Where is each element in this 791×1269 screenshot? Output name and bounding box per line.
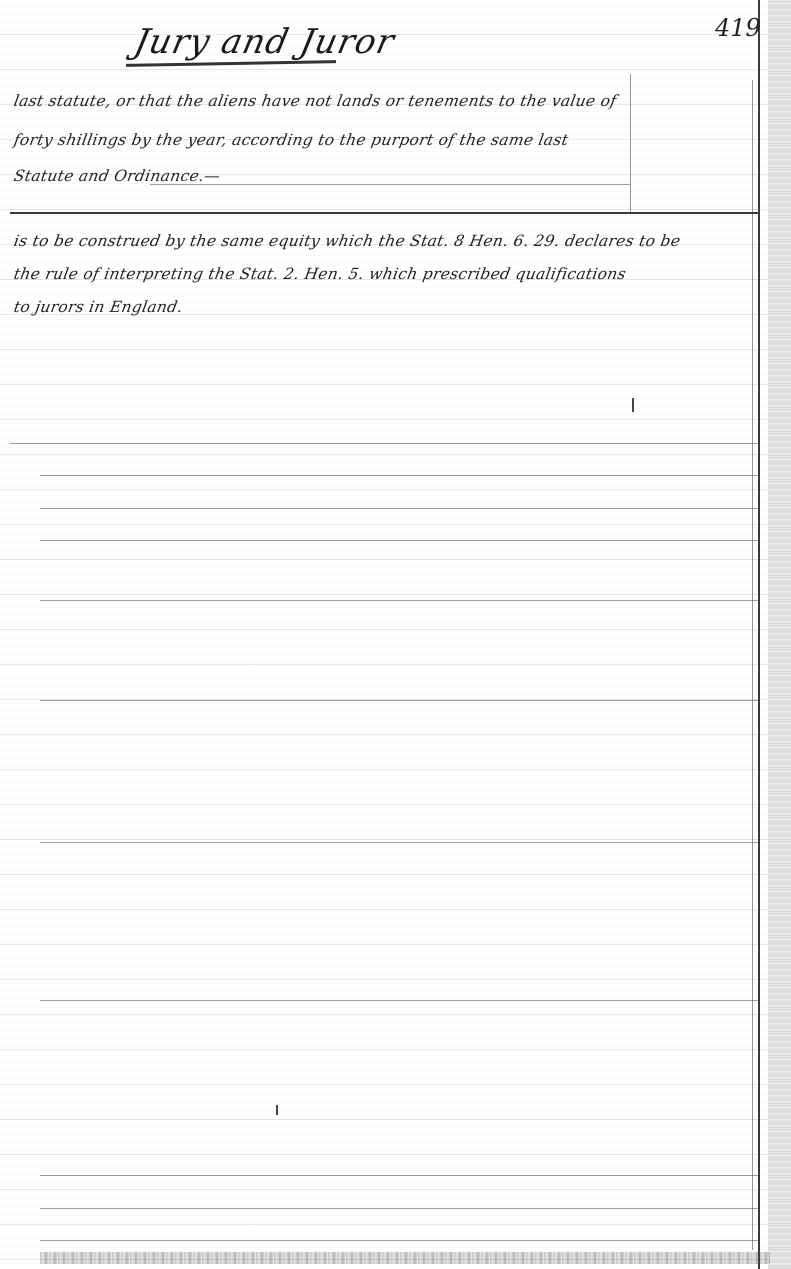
ledger-rule bbox=[40, 1208, 758, 1209]
ledger-rule bbox=[40, 1175, 758, 1176]
page-number: 419 bbox=[715, 14, 761, 42]
ledger-rule bbox=[40, 700, 758, 701]
section-1-line-3: Statute and Ordinance.— bbox=[12, 167, 221, 185]
ledger-rule bbox=[40, 1240, 758, 1241]
ledger-page: Jury and Juror 419 last statute, or that… bbox=[0, 0, 791, 1269]
ledger-rule bbox=[40, 475, 758, 476]
section-1-line-2: forty shillings by the year, according t… bbox=[12, 131, 569, 149]
stray-mark bbox=[632, 398, 634, 412]
stray-mark bbox=[276, 1105, 278, 1115]
ledger-rule bbox=[40, 842, 758, 843]
section-2-line-1: is to be construed by the same equity wh… bbox=[12, 232, 681, 250]
right-column-rule bbox=[752, 80, 753, 1250]
inner-column-rule bbox=[630, 74, 631, 214]
ledger-rule bbox=[40, 508, 758, 509]
scan-texture bbox=[0, 0, 791, 1269]
ledger-rule bbox=[40, 540, 758, 541]
section-1-tail-rule bbox=[150, 184, 630, 185]
binding-edge bbox=[768, 0, 791, 1269]
ledger-rule bbox=[40, 1000, 758, 1001]
ledger-rule bbox=[10, 443, 758, 444]
scan-bottom-noise bbox=[40, 1252, 770, 1264]
ledger-rule bbox=[40, 600, 758, 601]
section-divider bbox=[10, 212, 758, 214]
right-margin-rule bbox=[758, 0, 760, 1269]
section-2-line-3: to jurors in England. bbox=[12, 298, 184, 316]
section-1-line-1: last statute, or that the aliens have no… bbox=[12, 92, 618, 110]
page-title: Jury and Juror bbox=[131, 22, 399, 62]
section-2-line-2: the rule of interpreting the Stat. 2. He… bbox=[12, 265, 627, 283]
